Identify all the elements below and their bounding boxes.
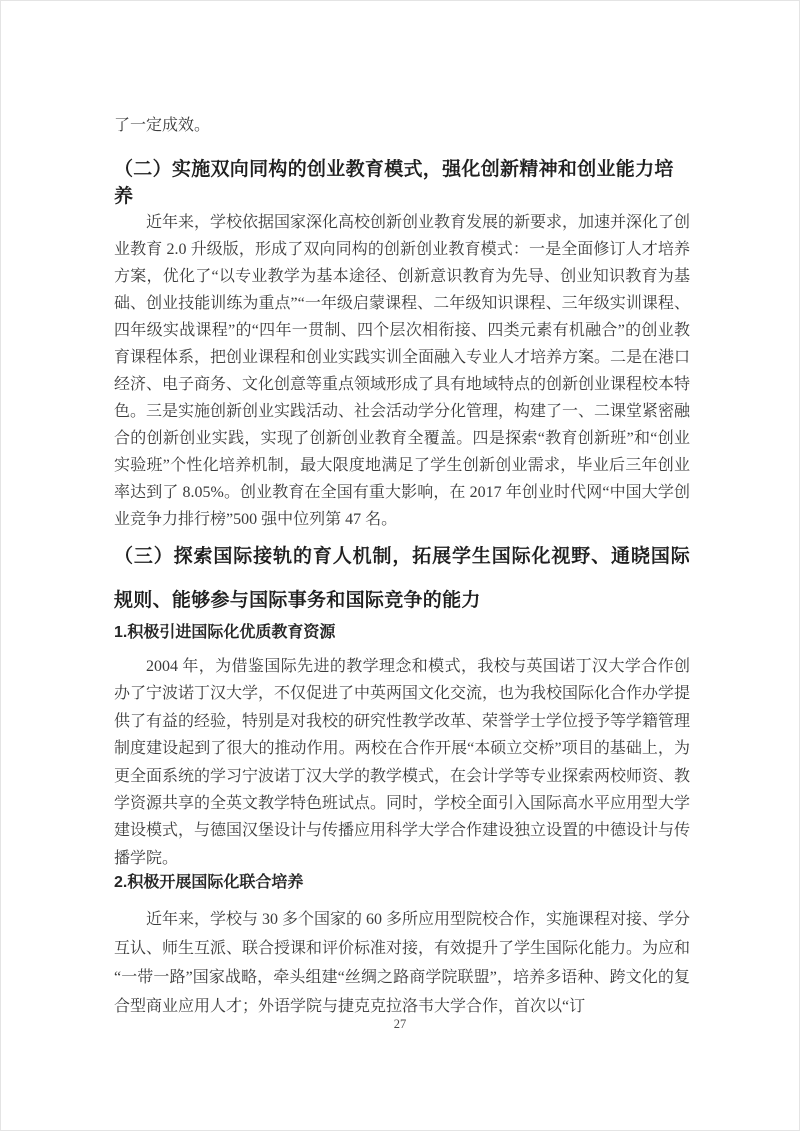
subsection-1-heading: 1.积极引进国际化优质教育资源 [114, 621, 690, 645]
intro-paragraph-continuation: 了一定成效。 [114, 113, 690, 138]
document-page: 了一定成效。 （二）实施双向同构的创业教育模式，强化创新精神和创业能力培养 近年… [0, 0, 800, 1131]
subsection-1-paragraph: 2004 年，为借鉴国际先进的教学理念和模式，我校与英国诺丁汉大学合作创办了宁波… [114, 653, 690, 872]
subsection-2-heading: 2.积极开展国际化联合培养 [114, 871, 690, 895]
page-number: 27 [1, 1016, 799, 1032]
section-2-heading: （二）实施双向同构的创业教育模式，强化创新精神和创业能力培养 [114, 156, 690, 210]
section-2-paragraph: 近年来，学校依据国家深化高校创新创业教育发展的新要求，加速并深化了创业教育 2.… [114, 209, 690, 533]
section-3-heading: （三）探索国际接轨的育人机制，拓展学生国际化视野、通晓国际规则、能够参与国际事务… [114, 535, 690, 623]
subsection-2-paragraph: 近年来，学校与 30 多个国家的 60 多所应用型院校合作，实施课程对接、学分互… [114, 905, 690, 1021]
